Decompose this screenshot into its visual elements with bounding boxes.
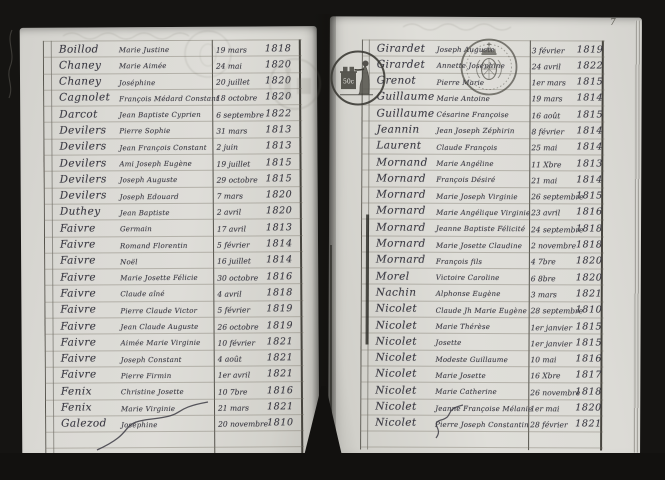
entry-given-names: Marie Angélique Virginie (436, 209, 530, 217)
entry-year: 1821 (576, 288, 603, 299)
register-row: MornardFrançois Désiré21 mai1814 (361, 171, 604, 188)
entry-day-month: 26 octobre (217, 322, 258, 331)
entry-surname: Mornard (376, 189, 426, 201)
entry-surname: Boillod (59, 43, 99, 55)
entry-day-month: 26 novembre (530, 388, 580, 397)
entry-year: 1818 (576, 239, 603, 250)
register-row: NicoletClaude Jh Marie Eugène28 septembr… (361, 301, 604, 318)
entry-given-names: Marie Josette Félicie (120, 274, 198, 282)
register-row: DevilersAmi Joseph Eugène19 juillet1815 (43, 154, 302, 172)
entry-surname: Chaney (59, 59, 101, 71)
entry-day-month: 4 7bre (531, 258, 556, 267)
end-flourish-right (425, 402, 473, 444)
register-row: DarcotJean Baptiste Cyprien6 septembre18… (43, 105, 302, 123)
entry-surname: Mornard (376, 172, 426, 184)
entry-given-names: Joséphine (119, 79, 155, 87)
entry-day-month: 16 Xbre (530, 372, 560, 381)
register-row: NicoletPierre Joseph Constantin28 févrie… (360, 415, 603, 432)
entry-year: 1816 (267, 385, 294, 396)
entry-given-names: Ami Joseph Eugène (120, 160, 192, 168)
entry-year: 1813 (265, 141, 292, 152)
entry-given-names: Noël (120, 258, 138, 266)
entry-surname: Guillaume (377, 107, 435, 119)
entry-year: 1814 (266, 255, 293, 266)
entry-surname: Nicolet (375, 401, 416, 413)
revenue-stamp-50c: 50c (328, 48, 388, 108)
entry-given-names: Marie Thérèse (436, 323, 490, 331)
entry-surname: Mornard (376, 254, 426, 266)
register-row: LaurentClaude François25 mai1814 (361, 138, 604, 155)
entry-given-names: Modeste Guillaume (435, 355, 508, 363)
entry-surname: Faivre (60, 222, 96, 234)
register-row: NicoletJosette1er janvier1815 (361, 334, 604, 351)
entry-day-month: 16 août (532, 111, 561, 120)
entry-given-names: Marie Josette Claudine (436, 241, 522, 249)
entry-year: 1816 (575, 354, 602, 365)
entry-given-names: Claude aîné (120, 290, 164, 298)
entry-surname: Faivre (61, 369, 97, 381)
entry-year: 1819 (266, 303, 293, 314)
spine-annotation-mark (1, 26, 21, 104)
entry-year: 1821 (267, 401, 294, 412)
register-row: NicoletJeanne Françoise Mélanie1er mai18… (360, 399, 603, 416)
entry-surname: Devilers (59, 124, 106, 136)
entry-day-month: 16 juillet (217, 257, 251, 266)
scanner-background (0, 453, 665, 480)
entry-surname: Nicolet (375, 352, 416, 364)
entry-day-month: 3 mars (531, 290, 557, 299)
register-row: BoillodMarie Justine19 mars1818 (43, 40, 302, 58)
entry-year: 1816 (266, 271, 293, 282)
register-row: DevilersPierre Sophie31 mars1813 (43, 122, 302, 140)
entry-year: 1814 (266, 238, 293, 249)
register-row: FaivreMarie Josette Félicie30 octobre181… (44, 268, 303, 286)
entry-year: 1816 (576, 207, 603, 218)
entry-given-names: Pierre Firmin (121, 372, 172, 380)
entry-day-month: 1er mai (530, 404, 559, 413)
entry-given-names: Césarine Françoise (437, 111, 509, 119)
entry-surname: Nicolet (376, 303, 417, 315)
entry-year: 1821 (267, 336, 294, 347)
entry-day-month: 10 mai (530, 355, 556, 364)
entry-surname: Faivre (60, 304, 96, 316)
entry-surname: Laurent (376, 140, 421, 152)
entry-given-names: Jean François Constant (119, 144, 206, 153)
entry-year: 1814 (576, 174, 603, 185)
register-row: FaivreAimée Marie Virginie10 février1821 (45, 334, 304, 352)
right-register-table: GirardetJoseph Auguste3 février1819Girar… (360, 39, 605, 450)
entry-surname: Nachin (376, 286, 417, 298)
register-row: NicoletMarie Josette16 Xbre1817 (360, 366, 603, 383)
entry-day-month: 29 octobre (217, 175, 258, 184)
entry-year: 1810 (267, 418, 294, 429)
entry-surname: Devilers (60, 173, 107, 185)
entry-given-names: Alphonse Eugène (436, 290, 501, 298)
entry-surname: Nicolet (375, 368, 416, 380)
entry-given-names: Marie Joseph Virginie (436, 192, 518, 200)
entry-day-month: 31 mars (216, 127, 247, 136)
entry-day-month: 4 avril (217, 290, 241, 299)
register-row: JeanninJean Joseph Zéphirin8 février1814 (361, 122, 604, 139)
entry-year: 1821 (575, 419, 602, 430)
entry-day-month: 30 octobre (217, 273, 258, 282)
register-row: FaivreClaude aîné4 avril1818 (44, 285, 303, 303)
entry-given-names: Aimée Marie Virginie (121, 339, 201, 347)
bleedthrough-writing-right (400, 18, 540, 32)
entry-given-names: François Médard Constant (119, 95, 219, 104)
register-row: FaivreJoseph Constant4 août1821 (45, 350, 304, 368)
entry-year: 1814 (577, 93, 604, 104)
left-rows: BoillodMarie Justine19 mars1818ChaneyMar… (43, 39, 305, 455)
entry-year: 1815 (265, 157, 292, 168)
entry-day-month: 23 avril (531, 209, 560, 218)
entry-year: 1814 (576, 142, 603, 153)
register-row: MornardFrançois fils4 7bre1820 (361, 252, 604, 269)
entry-surname: Faivre (60, 271, 96, 283)
entry-surname: Nicolet (376, 335, 417, 347)
entry-day-month: 2 avril (217, 208, 241, 217)
register-row: FaivreNoël16 juillet1814 (44, 252, 303, 270)
entry-day-month: 17 avril (217, 224, 246, 233)
entry-day-month: 19 juillet (217, 159, 251, 168)
entry-given-names: Jean Claude Auguste (121, 323, 199, 331)
entry-given-names: Christine Josette (121, 388, 184, 396)
register-row: FaivrePierre Claude Victor5 février1819 (44, 301, 303, 319)
entry-day-month: 20 novembre (218, 420, 268, 429)
entry-given-names: Jean Joseph Zéphirin (436, 127, 514, 135)
entry-surname: Faivre (60, 255, 96, 267)
entry-surname: Devilers (60, 190, 107, 202)
entry-year: 1815 (576, 321, 603, 332)
entry-day-month: 2 juin (216, 143, 238, 152)
entry-day-month: 28 février (530, 421, 567, 430)
entry-surname: Faivre (61, 353, 97, 365)
entry-year: 1821 (267, 369, 294, 380)
register-row: MornardJeanne Baptiste Félicité24 septem… (361, 220, 604, 237)
entry-surname: Nicolet (376, 319, 417, 331)
entry-given-names: Pierre Claude Victor (120, 307, 197, 315)
entry-year: 1820 (266, 189, 293, 200)
entry-year: 1820 (266, 206, 293, 217)
entry-year: 1815 (576, 191, 603, 202)
entry-surname: Fenix (61, 385, 92, 397)
register-row: ChaneyMarie Aimée24 mai1820 (43, 56, 302, 74)
entry-year: 1810 (576, 305, 603, 316)
entry-day-month: 4 août (218, 355, 242, 364)
entry-year: 1818 (265, 43, 292, 54)
entry-year: 1819 (577, 44, 604, 55)
entry-given-names: Joseph Auguste (120, 176, 178, 184)
entry-day-month: 6 8bre (531, 274, 556, 283)
entry-given-names: Joseph Edouard (120, 193, 179, 201)
entry-day-month: 25 mai (531, 143, 557, 152)
entry-day-month: 19 mars (532, 95, 563, 104)
entry-surname: Duthey (60, 206, 101, 218)
entry-day-month: 1er avril (218, 371, 250, 380)
entry-year: 1815 (577, 109, 604, 120)
entry-day-month: 2 novembre (531, 241, 576, 250)
scanned-register-spread: BoillodMarie Justine19 mars1818ChaneyMar… (0, 0, 665, 480)
stamp-value-text: 50c (343, 79, 355, 86)
entry-year: 1815 (266, 173, 293, 184)
entry-day-month: 8 février (531, 127, 564, 136)
register-row: ChaneyJoséphine20 juillet1820 (43, 73, 302, 91)
entry-day-month: 1er janvier (531, 339, 573, 348)
entry-surname: Darcot (59, 108, 98, 120)
entry-year: 1821 (267, 352, 294, 363)
entry-surname: Faivre (60, 287, 96, 299)
entry-given-names: Romand Florentin (120, 241, 188, 249)
register-row (360, 448, 603, 451)
entry-given-names: Claude François (436, 144, 497, 152)
entry-day-month: 5 février (217, 241, 250, 250)
entry-year: 1814 (576, 125, 603, 136)
entry-day-month: 24 avril (532, 62, 561, 71)
register-row: MornardMarie Josette Claudine2 novembre1… (361, 236, 604, 253)
entry-given-names: Marie Catherine (435, 388, 497, 396)
entry-day-month: 3 février (532, 46, 565, 55)
register-row: MornandMarie Angéline11 Xbre1813 (361, 155, 604, 172)
entry-day-month: 21 mai (531, 176, 557, 185)
entry-given-names: Marie Aimée (119, 62, 167, 70)
crown-seal-stamp (458, 36, 520, 98)
register-row: DevilersJoseph Auguste29 octobre1815 (44, 171, 303, 189)
entry-surname: Nicolet (375, 384, 416, 396)
register-row: GuillaumeCésarine Françoise16 août1815 (361, 106, 604, 123)
entry-surname: Mornard (376, 221, 426, 233)
entry-day-month: 10 février (218, 338, 255, 347)
entry-given-names: François Désiré (436, 176, 495, 184)
entry-surname: Devilers (59, 141, 106, 153)
entry-year: 1815 (577, 76, 604, 87)
entry-day-month: 10 7bre (218, 387, 248, 396)
entry-year: 1813 (265, 124, 292, 135)
entry-year: 1813 (576, 158, 603, 169)
register-row: FaivreRomand Florentin5 février1814 (44, 236, 303, 254)
entry-surname: Faivre (60, 320, 96, 332)
entry-year: 1818 (266, 287, 293, 298)
entry-day-month: 5 février (217, 306, 250, 315)
entry-year: 1819 (266, 320, 293, 331)
entry-surname: Devilers (59, 157, 106, 169)
entry-surname: Mornard (376, 205, 426, 217)
entry-given-names: Victoire Caroline (436, 274, 500, 282)
entry-surname: Faivre (61, 336, 97, 348)
register-row: CagnoletFrançois Médard Constant18 octob… (43, 89, 302, 107)
left-register-table: BoillodMarie Justine19 mars1818ChaneyMar… (43, 39, 305, 455)
entry-year: 1818 (575, 386, 602, 397)
entry-surname: Mornard (376, 238, 426, 250)
entry-given-names: Jean Baptiste (120, 209, 170, 217)
entry-given-names: Marie Justine (119, 46, 170, 54)
register-row: NachinAlphonse Eugène3 mars1821 (361, 285, 604, 302)
entry-year: 1813 (266, 222, 293, 233)
entry-given-names: Marie Angéline (436, 160, 493, 168)
entry-given-names: Josette (436, 339, 462, 347)
entry-year: 1822 (577, 60, 604, 71)
entry-surname: Faivre (60, 239, 96, 251)
page-edge-stack (633, 21, 641, 453)
entry-surname: Chaney (59, 76, 101, 88)
entry-given-names: Marie Josette (435, 372, 485, 380)
entry-year: 1820 (575, 402, 602, 413)
entry-day-month: 18 octobre (216, 94, 257, 103)
register-row: FaivreGermain17 avril1813 (44, 219, 303, 237)
register-row: MornardMarie Angélique Virginie23 avril1… (361, 203, 604, 220)
entry-given-names: Joseph Constant (121, 356, 182, 364)
register-row: NicoletModeste Guillaume10 mai1816 (360, 350, 603, 367)
revenue-stamp-offset-ghost (267, 56, 323, 112)
entry-year: 1817 (575, 370, 602, 381)
entry-year: 1820 (576, 256, 603, 267)
entry-surname: Nicolet (375, 417, 416, 429)
register-row: NicoletMarie Thérèse1er janvier1815 (361, 318, 604, 335)
register-row: MorelVictoire Caroline6 8bre1820 (361, 269, 604, 286)
register-row: DevilersJean François Constant2 juin1813 (43, 138, 302, 156)
entry-day-month: 1er mars (532, 78, 566, 87)
entry-surname: Morel (376, 270, 410, 282)
entry-surname: Cagnolet (59, 92, 110, 104)
right-rows: GirardetJoseph Auguste3 février1819Girar… (360, 39, 605, 450)
register-row: DutheyJean Baptiste2 avril1820 (44, 203, 303, 221)
entry-given-names: Jeanne Baptiste Félicité (436, 225, 525, 233)
entry-day-month: 21 mars (218, 404, 249, 413)
register-row: NicoletMarie Catherine26 novembre1818 (360, 383, 603, 400)
register-row: FaivrePierre Firmin1er avril1821 (45, 366, 304, 384)
entry-surname: Mornand (376, 156, 427, 168)
entry-year: 1815 (576, 337, 603, 348)
register-row: MornardMarie Joseph Virginie26 septembre… (361, 187, 604, 204)
register-row: FaivreJean Claude Auguste26 octobre1819 (44, 317, 303, 335)
bleedthrough-stamp-circle (182, 28, 234, 80)
entry-given-names: Pierre Sophie (119, 127, 170, 135)
register-row (360, 432, 603, 449)
entry-given-names: Jean Baptiste Cyprien (119, 111, 201, 119)
entry-surname: Jeannin (376, 124, 419, 136)
entry-day-month: 11 Xbre (531, 160, 561, 169)
entry-given-names: Claude Jh Marie Eugène (436, 307, 527, 315)
folio-number: 7 (610, 18, 616, 28)
entry-day-month: 1er janvier (531, 323, 573, 332)
entry-day-month: 6 septembre (216, 110, 264, 119)
end-flourish-left (85, 398, 215, 456)
register-row: DevilersJoseph Edouard7 mars1820 (44, 187, 303, 205)
entry-year: 1818 (576, 223, 603, 234)
entry-day-month: 7 mars (217, 192, 243, 201)
entry-given-names: Germain (120, 225, 152, 233)
entry-year: 1820 (576, 272, 603, 283)
entry-given-names: François fils (436, 258, 482, 266)
